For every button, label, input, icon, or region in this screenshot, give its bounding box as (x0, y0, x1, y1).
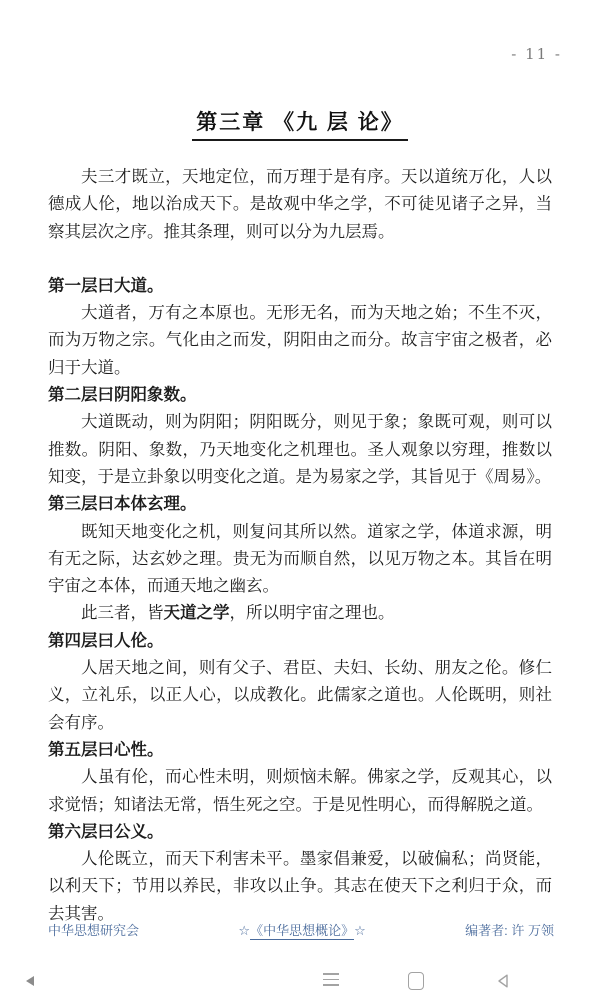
chapter-title-text: 第三章 《九 层 论》 (192, 106, 408, 141)
summary-bold-term: 天道之学 (164, 604, 230, 622)
page-footer: 中华思想研究会 ☆《中华思想概论》☆ 编著者: 许 万领 (48, 920, 554, 939)
intro-paragraph: 夫三才既立，天地定位，而万理于是有序。天以道统万化，人以德成人伦，地以治成天下。… (48, 164, 552, 246)
section-heading-6: 第六层曰公义。 (48, 819, 552, 846)
summary-paragraph: 此三者，皆天道之学，所以明宇宙之理也。 (48, 600, 552, 627)
section-paragraph-2: 大道既动，则为阴阳；阴阳既分，则见于象；象既可观，则可以推数。阴阳、象数，乃天地… (48, 409, 552, 491)
footer-author: 编著者: 许 万领 (465, 920, 554, 939)
section-paragraph-1: 大道者，万有之本原也。无形无名，而为天地之始；不生不灭，而为万物之宗。气化由之而… (48, 300, 552, 382)
footer-book-reference: ☆《中华思想概论》☆ (238, 920, 365, 939)
prev-page-button[interactable] (24, 974, 36, 988)
section-paragraph-3: 既知天地变化之机，则复问其所以然。道家之学，体道求源，明有无之际，达玄妙之理。贵… (48, 519, 552, 601)
footer-star-left: ☆ (238, 923, 250, 938)
section-heading-1: 第一层曰大道。 (48, 273, 552, 300)
footer-organization: 中华思想研究会 (48, 920, 139, 939)
section-paragraph-4: 人居天地之间，则有父子、君臣、夫妇、长幼、朋友之伦。修仁义，立礼乐，以正人心，以… (48, 655, 552, 737)
back-button[interactable] (492, 970, 514, 995)
ebook-page-screen: - 11 - 第三章 《九 层 论》 夫三才既立，天地定位，而万理于是有序。天以… (0, 0, 600, 1000)
section-heading-5: 第五层曰心性。 (48, 737, 552, 764)
square-recents-icon (408, 972, 424, 990)
section-paragraph-5: 人虽有伦，而心性未明，则烦恼未解。佛家之学，反观其心，以求觉悟；知诸法无常，悟生… (48, 764, 552, 819)
menu-button[interactable] (321, 971, 341, 988)
prev-page-arrow-icon (26, 976, 34, 986)
blank-line (48, 246, 552, 273)
footer-star-right: ☆ (354, 923, 366, 938)
section-paragraph-6: 人伦既立，而天下利害未平。墨家倡兼爱，以破偏私；尚贤能，以利天下；节用以养民，非… (48, 846, 552, 922)
back-triangle-icon (494, 972, 512, 990)
chapter-title: 第三章 《九 层 论》 (0, 100, 600, 141)
android-navigation-bar (0, 958, 600, 1000)
section-heading-2: 第二层曰阴阳象数。 (48, 382, 552, 409)
page-number: - 11 - (511, 45, 562, 63)
recents-button[interactable] (406, 970, 426, 992)
document-body: 夫三才既立，天地定位，而万理于是有序。天以道统万化，人以德成人伦，地以治成天下。… (48, 164, 552, 922)
footer-book-title-link[interactable]: 《中华思想概论》 (250, 923, 354, 940)
section-heading-3: 第三层曰本体玄理。 (48, 491, 552, 518)
section-heading-4: 第四层曰人伦。 (48, 628, 552, 655)
hamburger-menu-icon (323, 973, 339, 986)
summary-suffix: ，所以明宇宙之理也。 (230, 604, 395, 622)
summary-prefix: 此三者，皆 (81, 604, 164, 622)
